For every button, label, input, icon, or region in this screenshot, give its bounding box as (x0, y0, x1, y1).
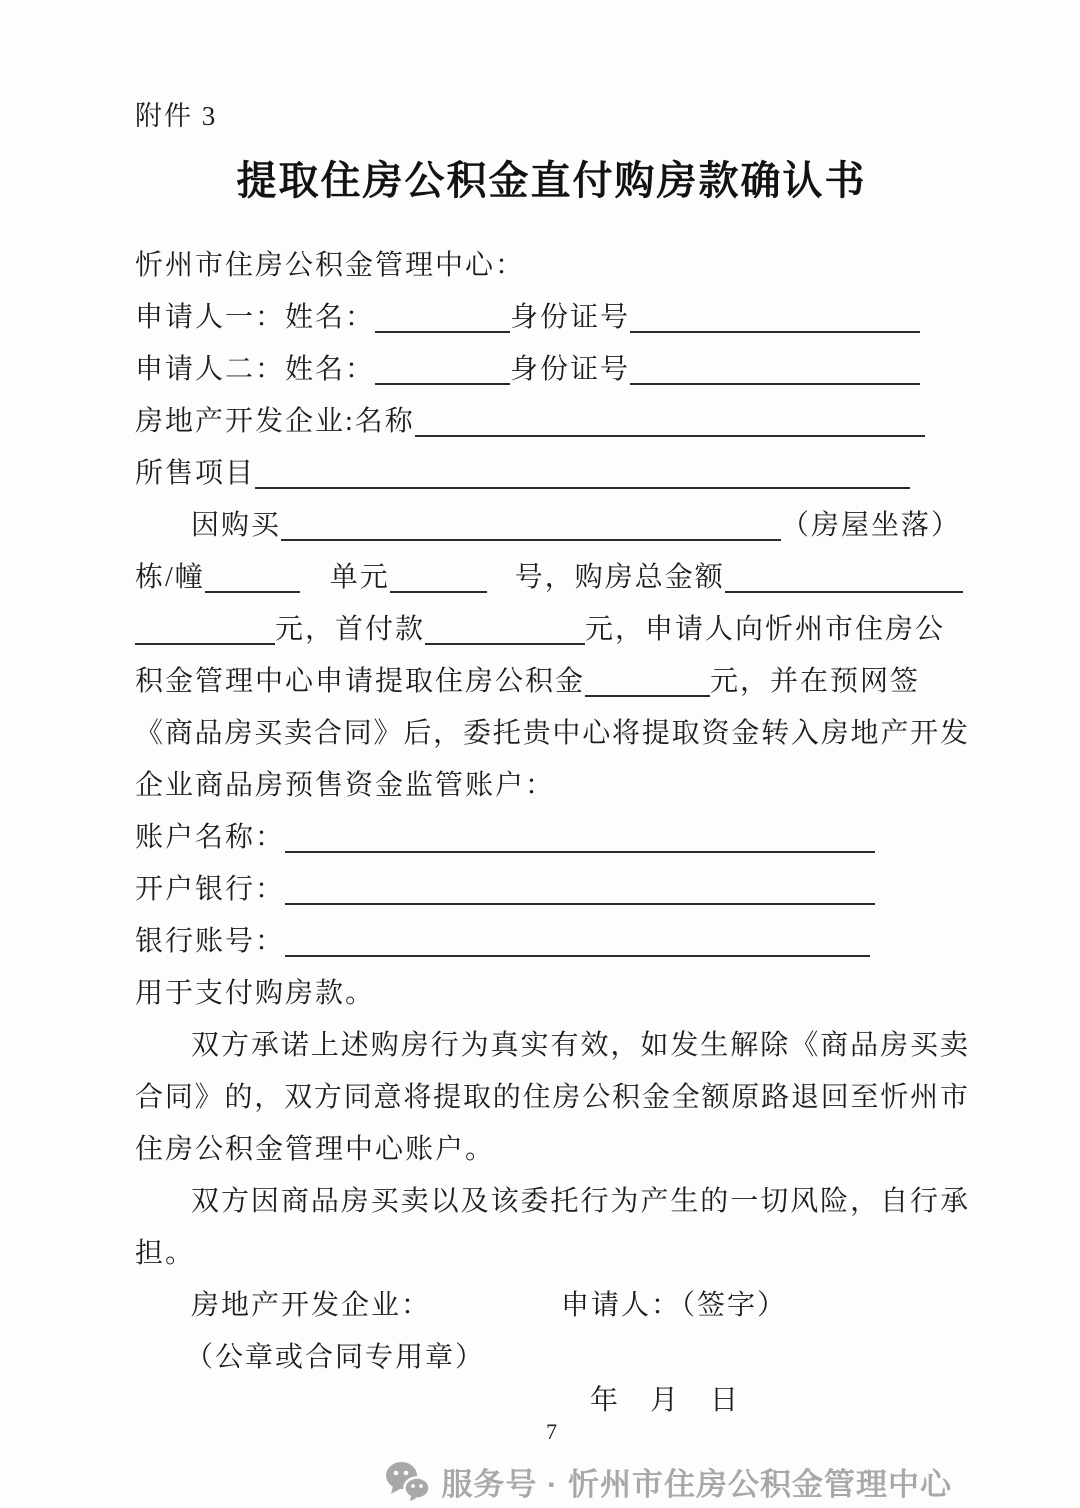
withdraw-line: 积金管理中心申请提取住房公积金元，并在预网签 (135, 656, 968, 708)
promise-text2: 合同》的，双方同意将提取的住房公积金全额原路退回至忻州市 (135, 1082, 968, 1113)
purpose-line: 用于支付购房款。 (135, 968, 968, 1020)
purpose-text: 用于支付购房款。 (135, 978, 375, 1009)
account-name-line: 账户名称： (135, 812, 968, 864)
yuan-presign-text: 元，并在预网签 (710, 666, 920, 697)
applicant-one-label: 申请人一：姓名： (135, 302, 375, 333)
account-intro-text: 企业商品房预售资金监管账户： (135, 770, 555, 801)
developer-name-blank (415, 435, 925, 437)
project-label: 所售项目 (135, 458, 255, 489)
footer-account-text: 服务号 · 忻州市住房公积金管理中心 (441, 1459, 952, 1504)
signature-applicant-label: 申请人：（签字） (561, 1290, 787, 1321)
applicant-one-line: 申请人一：姓名：身份证号 (135, 292, 968, 344)
applicant-two-label: 申请人二：姓名： (135, 354, 375, 385)
page-number: 7 (135, 1418, 968, 1446)
developer-line: 房地产开发企业:名称 (135, 396, 968, 448)
total-amount-label: 号，购房总金额 (515, 562, 725, 593)
developer-name-label: 房地产开发企业:名称 (135, 406, 415, 437)
bank-label: 开户银行： (135, 874, 285, 905)
risk-line2: 担。 (135, 1228, 968, 1280)
account-intro-line: 企业商品房预售资金监管账户： (135, 760, 968, 812)
risk-text2: 担。 (135, 1238, 195, 1269)
applicant-two-id-label: 身份证号 (510, 354, 630, 385)
date-text: 年 月 日 (590, 1385, 740, 1416)
account-name-blank (285, 851, 875, 853)
seal-line: （公章或合同专用章） (135, 1332, 968, 1384)
account-number-blank (285, 955, 870, 957)
applicant-one-id-blank (630, 331, 920, 333)
attachment-label: 附件 3 (135, 96, 968, 136)
unit-blank (390, 591, 487, 593)
contract-text: 《商品房买卖合同》后，委托贵中心将提取资金转入房地产开发 (135, 718, 968, 749)
applicant-two-name-blank (375, 383, 510, 385)
bank-line: 开户银行： (135, 864, 968, 916)
signature-developer-label: 房地产开发企业： (191, 1290, 431, 1321)
footer-bar: 服务号 · 忻州市住房公积金管理中心 (135, 1458, 968, 1504)
promise-line2: 合同》的，双方同意将提取的住房公积金全额原路退回至忻州市 (135, 1072, 968, 1124)
account-name-label: 账户名称： (135, 822, 285, 853)
yuan-applicant-text: 元，申请人向忻州市住房公 (585, 614, 945, 645)
promise-line1: 双方承诺上述购房行为真实有效，如发生解除《商品房买卖 (135, 1020, 968, 1072)
project-line: 所售项目 (135, 448, 968, 500)
withdraw-amount-blank (585, 695, 710, 697)
contract-line: 《商品房买卖合同》后，委托贵中心将提取资金转入房地产开发 (135, 708, 968, 760)
promise-text1: 双方承诺上述购房行为真实有效，如发生解除《商品房买卖 (191, 1030, 968, 1061)
salutation-line: 忻州市住房公积金管理中心： (135, 240, 968, 292)
purchase-prefix: 因购买 (191, 510, 281, 541)
date-line: 年 月 日 (590, 1384, 968, 1418)
bank-blank (285, 903, 875, 905)
scanned-form-page: 附件 3 提取住房公积金直付购房款确认书 忻州市住房公积金管理中心： 申请人一：… (0, 0, 1080, 1508)
account-number-label: 银行账号： (135, 926, 285, 957)
total-amount-blank (725, 591, 963, 593)
promise-line3: 住房公积金管理中心账户。 (135, 1124, 968, 1176)
project-blank (255, 487, 910, 489)
applicant-one-id-label: 身份证号 (510, 302, 630, 333)
salutation-text: 忻州市住房公积金管理中心： (135, 250, 525, 281)
applicant-one-name-blank (375, 331, 510, 333)
page-content: 附件 3 提取住房公积金直付购房款确认书 忻州市住房公积金管理中心： 申请人一：… (0, 0, 1080, 1504)
unit-label: 单元 (330, 562, 390, 593)
purchase-suffix: （房屋坐落） (781, 510, 961, 541)
withdraw-text: 积金管理中心申请提取住房公积金 (135, 666, 585, 697)
applicant-two-line: 申请人二：姓名：身份证号 (135, 344, 968, 396)
promise-text3: 住房公积金管理中心账户。 (135, 1134, 495, 1165)
downpayment-blank (425, 643, 585, 645)
yuan-downpayment-label: 元，首付款 (275, 614, 425, 645)
seal-note-text: （公章或合同专用章） (185, 1342, 485, 1373)
purchase-line: 因购买（房屋坐落） (135, 500, 968, 552)
risk-text1: 双方因商品房买卖以及该委托行为产生的一切风险，自行承 (191, 1186, 968, 1217)
signature-line: 房地产开发企业：申请人：（签字） (135, 1280, 968, 1332)
building-label: 栋/幢 (135, 562, 205, 593)
page-title: 提取住房公积金直付购房款确认书 (135, 152, 968, 210)
risk-line1: 双方因商品房买卖以及该委托行为产生的一切风险，自行承 (135, 1176, 968, 1228)
downpayment-line: 元，首付款元，申请人向忻州市住房公 (135, 604, 968, 656)
applicant-two-id-blank (630, 383, 920, 385)
building-line: 栋/幢单元号，购房总金额 (135, 552, 968, 604)
account-number-line: 银行账号： (135, 916, 968, 968)
total-amount-blank2 (135, 643, 275, 645)
building-blank (205, 591, 300, 593)
house-location-blank (281, 539, 781, 541)
wechat-icon (385, 1461, 431, 1501)
